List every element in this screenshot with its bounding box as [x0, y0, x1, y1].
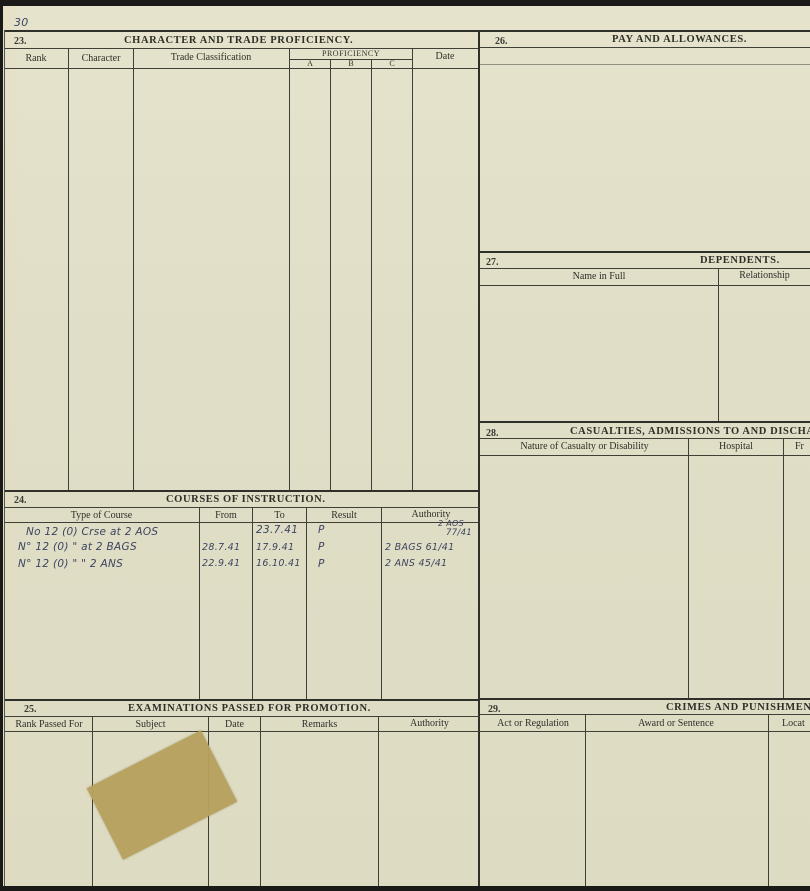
col-divider: [199, 508, 200, 699]
section-number: 23.: [14, 36, 27, 47]
col-divider: [133, 49, 134, 490]
rule: [480, 64, 810, 65]
section-title: COURSES OF INSTRUCTION.: [166, 494, 326, 505]
rule: [4, 522, 480, 523]
col-divider: [330, 60, 331, 490]
rule: [480, 714, 810, 715]
col-location: Locat: [782, 718, 805, 729]
col-authority: Authority: [379, 718, 480, 729]
col-award-or-sentence: Award or Sentence: [586, 718, 766, 729]
col-result: Result: [307, 510, 381, 521]
col-divider: [378, 717, 379, 886]
rule: [480, 438, 810, 439]
col-divider: [783, 439, 784, 699]
col-date: Date: [413, 51, 477, 62]
section-number: 27.: [486, 257, 499, 268]
rule: [480, 421, 810, 423]
rule: [4, 68, 478, 69]
col-relationship: Relationship: [719, 270, 810, 281]
course-authority: 2 BAGS 61/41: [385, 542, 454, 553]
col-hospital: Hospital: [689, 441, 783, 452]
course-result: P: [318, 541, 325, 553]
col-divider: [768, 715, 769, 886]
course-type: N° 12 (0) " " 2 ANS: [18, 558, 123, 570]
section-number: 24.: [14, 495, 27, 506]
course-type: No 12 (0) Crse at 2 AOS: [26, 526, 158, 538]
course-authority-unit: 2 AOS: [438, 519, 464, 528]
section-title: DEPENDENTS.: [700, 255, 780, 266]
section-number: 26.: [495, 36, 508, 47]
col-divider: [585, 715, 586, 886]
course-authority: 2 ANS 45/41: [385, 558, 447, 569]
col-character: Character: [70, 53, 132, 64]
rule: [480, 251, 810, 253]
section-title: CRIMES AND PUNISHMEN: [666, 702, 810, 713]
col-divider: [718, 269, 719, 421]
col-divider: [289, 49, 290, 490]
center-divider: [478, 30, 480, 886]
top-rule: [4, 30, 810, 32]
col-from: From: [200, 510, 252, 521]
col-type-of-course: Type of Course: [4, 510, 199, 521]
col-rank-passed-for: Rank Passed For: [6, 719, 92, 730]
left-border: [4, 30, 5, 886]
rule: [4, 731, 480, 732]
col-divider: [688, 439, 689, 699]
section-title: CHARACTER AND TRADE PROFICIENCY.: [124, 35, 353, 46]
course-to: 17.9.41: [256, 542, 294, 553]
col-proficiency-b: B: [331, 59, 371, 68]
rule: [4, 716, 480, 717]
col-trade-classification: Trade Classification: [134, 52, 288, 63]
col-from: Fr: [795, 441, 804, 452]
col-proficiency-c: C: [372, 59, 412, 68]
section-title: PAY AND ALLOWANCES.: [612, 34, 747, 45]
col-proficiency: PROFICIENCY: [290, 49, 412, 58]
course-authority: 77/41: [446, 528, 472, 538]
rule: [480, 731, 810, 732]
rule: [4, 490, 480, 492]
rule: [4, 507, 480, 508]
col-divider: [68, 49, 69, 490]
col-divider: [252, 508, 253, 699]
rule: [480, 47, 810, 48]
col-to: To: [253, 510, 306, 521]
page-number: 30: [14, 16, 29, 29]
course-result: P: [318, 524, 325, 536]
course-from: 22.9.41: [202, 558, 240, 569]
rule: [4, 699, 480, 701]
col-date: Date: [209, 719, 260, 730]
col-nature-of-casualty: Nature of Casualty or Disability: [482, 441, 687, 452]
col-remarks: Remarks: [261, 719, 378, 730]
rule: [480, 698, 810, 700]
rule: [480, 285, 810, 286]
col-divider: [371, 60, 372, 490]
col-authority: Authority: [382, 509, 480, 520]
section-title: CASUALTIES, ADMISSIONS TO AND DISCHAR: [570, 426, 810, 437]
col-divider: [306, 508, 307, 699]
rule: [480, 268, 810, 269]
course-type: N° 12 (0) " at 2 BAGS: [18, 541, 137, 553]
col-rank: Rank: [4, 53, 68, 64]
col-divider: [260, 717, 261, 886]
section-number: 25.: [24, 704, 37, 715]
course-to: 23.7.41: [256, 524, 298, 536]
col-name-in-full: Name in Full: [480, 271, 718, 282]
col-subject: Subject: [93, 719, 208, 730]
col-divider: [412, 49, 413, 490]
col-proficiency-a: A: [290, 59, 330, 68]
section-title: EXAMINATIONS PASSED FOR PROMOTION.: [128, 703, 371, 714]
course-from: 28.7.41: [202, 542, 240, 553]
col-act-or-regulation: Act or Regulation: [482, 718, 584, 729]
course-to: 16.10.41: [256, 558, 301, 569]
rule: [480, 455, 810, 456]
course-result: P: [318, 558, 325, 570]
col-divider: [381, 508, 382, 699]
